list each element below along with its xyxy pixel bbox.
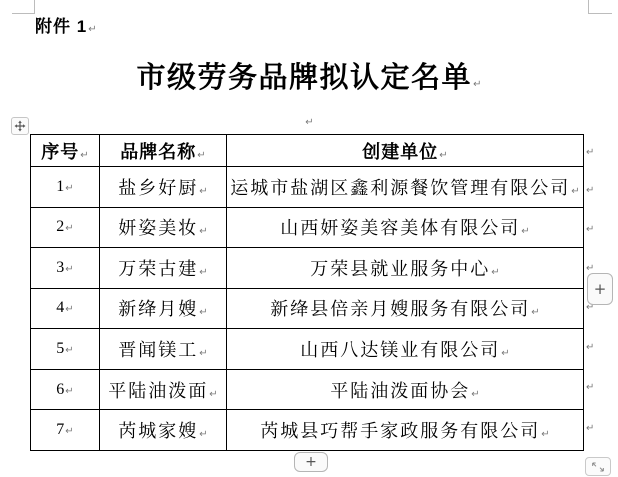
table-row: 7↵ 芮城家嫂↵ 芮城县巧帮手家政服务有限公司↵ [31, 410, 584, 451]
cell-text: 运城市盐湖区鑫利源餐饮管理有限公司 [230, 178, 570, 198]
row-end-mark: ↵ [585, 142, 597, 160]
row-end-mark: ↵ [585, 377, 597, 395]
cell-brand[interactable]: 盐乡好厨↵ [100, 167, 227, 208]
cell-brand[interactable]: 万荣古建↵ [100, 248, 227, 289]
table-row: 5↵ 晋闻镁工↵ 山西八达镁业有限公司↵ [31, 329, 584, 370]
table-row: 6↵ 平陆油泼面↵ 平陆油泼面协会↵ [31, 369, 584, 410]
paragraph-mark: ↵ [65, 304, 73, 315]
table-move-handle[interactable] [11, 117, 29, 135]
cell-text: 盐乡好厨 [118, 178, 198, 198]
row-end-mark: ↵ [585, 219, 597, 237]
cell-no[interactable]: 7↵ [31, 410, 100, 451]
cell-org[interactable]: 山西八达镁业有限公司↵ [227, 329, 584, 370]
cell-text: 万荣古建 [118, 259, 198, 279]
table-header-row: 序号↵ 品牌名称↵ 创建单位↵ [31, 135, 584, 167]
row-end-mark: ↵ [585, 418, 597, 436]
paragraph-mark: ↵ [473, 79, 481, 90]
cell-text: 新绛县倍亲月嫂服务有限公司 [270, 299, 530, 319]
paragraph-mark: ↵ [209, 389, 217, 400]
cell-org[interactable]: 平陆油泼面协会↵ [227, 369, 584, 410]
margin-mark-top-left [12, 13, 35, 14]
cell-text: 5 [56, 340, 64, 357]
header-label: 序号 [41, 142, 79, 162]
cell-text: 4 [56, 299, 64, 316]
cell-org[interactable]: 山西妍姿美容美体有限公司↵ [227, 207, 584, 248]
cell-text: 7 [56, 421, 64, 438]
paragraph-mark: ↵ [586, 423, 594, 434]
title-text: 市级劳务品牌拟认定名单 [137, 62, 473, 94]
cell-text: 平陆油泼面协会 [330, 381, 470, 401]
margin-mark-top-right [588, 13, 612, 14]
cell-no[interactable]: 4↵ [31, 288, 100, 329]
cell-text: 芮城县巧帮手家政服务有限公司 [260, 421, 540, 441]
paragraph-mark: ↵ [531, 307, 539, 318]
cell-brand[interactable]: 平陆油泼面↵ [100, 369, 227, 410]
paragraph-mark: ↵ [541, 429, 549, 440]
row-end-mark: ↵ [585, 180, 597, 198]
paragraph-mark: ↵ [586, 342, 594, 353]
attachment-label: 附件 1 [35, 17, 87, 36]
paragraph-mark: ↵ [65, 223, 73, 234]
cell-text: 芮城家嫂 [118, 421, 198, 441]
cell-brand[interactable]: 芮城家嫂↵ [100, 410, 227, 451]
cell-text: 6 [56, 381, 64, 398]
attachment-heading: 附件 1↵ [35, 12, 97, 37]
brand-table: 序号↵ 品牌名称↵ 创建单位↵ 1↵ 盐乡好厨↵ 运城市盐湖区鑫利源餐饮管理有限… [30, 134, 584, 451]
cell-text: 1 [56, 178, 64, 195]
paragraph-mark: ↵ [521, 226, 529, 237]
paragraph-mark: ↵ [65, 345, 73, 356]
cell-org[interactable]: 万荣县就业服务中心↵ [227, 248, 584, 289]
document-page: 附件 1↵ 市级劳务品牌拟认定名单↵ ↵ 序号↵ 品牌名称↵ 创建单位↵ 1 [0, 0, 618, 477]
paragraph-mark: ↵ [586, 224, 594, 235]
header-label: 创建单位 [362, 142, 438, 162]
move-cross-icon [14, 120, 26, 132]
cell-text: 妍姿美妆 [118, 218, 198, 238]
cell-text: 万荣县就业服务中心 [310, 259, 490, 279]
add-column-button[interactable]: + [587, 273, 613, 305]
plus-icon: + [594, 282, 607, 297]
paragraph-mark: ↵ [571, 186, 579, 197]
paragraph-mark: ↵ [65, 264, 73, 275]
diagonal-resize-icon [590, 461, 606, 473]
paragraph-mark: ↵ [197, 150, 205, 161]
paragraph-mark: ↵ [439, 150, 447, 161]
cell-text: 晋闻镁工 [118, 340, 198, 360]
cell-org[interactable]: 芮城县巧帮手家政服务有限公司↵ [227, 410, 584, 451]
cell-no[interactable]: 5↵ [31, 329, 100, 370]
cell-brand[interactable]: 新绛月嫂↵ [100, 288, 227, 329]
cell-text: 山西八达镁业有限公司 [300, 340, 500, 360]
header-label: 品牌名称 [120, 142, 196, 162]
empty-paragraph: ↵ [0, 112, 618, 130]
paragraph-mark: ↵ [65, 386, 73, 397]
table-row: 4↵ 新绛月嫂↵ 新绛县倍亲月嫂服务有限公司↵ [31, 288, 584, 329]
paragraph-mark: ↵ [199, 307, 207, 318]
cell-no[interactable]: 6↵ [31, 369, 100, 410]
add-row-button[interactable]: + [294, 452, 328, 472]
table-row: 3↵ 万荣古建↵ 万荣县就业服务中心↵ [31, 248, 584, 289]
table-row: 1↵ 盐乡好厨↵ 运城市盐湖区鑫利源餐饮管理有限公司↵ [31, 167, 584, 208]
paragraph-mark: ↵ [471, 389, 479, 400]
paragraph-mark: ↵ [586, 382, 594, 393]
plus-icon: + [305, 455, 317, 469]
cell-org[interactable]: 运城市盐湖区鑫利源餐饮管理有限公司↵ [227, 167, 584, 208]
paragraph-mark: ↵ [199, 226, 207, 237]
paragraph-mark: ↵ [80, 150, 88, 161]
margin-mark-top-right [588, 0, 589, 13]
paragraph-mark: ↵ [305, 117, 313, 128]
cell-org[interactable]: 新绛县倍亲月嫂服务有限公司↵ [227, 288, 584, 329]
page-title: 市级劳务品牌拟认定名单↵ [0, 55, 618, 96]
cell-no[interactable]: 1↵ [31, 167, 100, 208]
paragraph-mark: ↵ [88, 24, 96, 35]
cell-text: 平陆油泼面 [108, 381, 208, 401]
cell-brand[interactable]: 妍姿美妆↵ [100, 207, 227, 248]
paragraph-mark: ↵ [586, 185, 594, 196]
header-cell-org[interactable]: 创建单位↵ [227, 135, 584, 167]
paragraph-mark: ↵ [65, 426, 73, 437]
paragraph-mark: ↵ [199, 348, 207, 359]
paragraph-mark: ↵ [199, 429, 207, 440]
header-cell-brand[interactable]: 品牌名称↵ [100, 135, 227, 167]
paragraph-mark: ↵ [501, 348, 509, 359]
table-resize-handle[interactable] [585, 457, 611, 476]
cell-text: 2 [56, 218, 64, 235]
header-cell-no[interactable]: 序号↵ [31, 135, 100, 167]
paragraph-mark: ↵ [586, 147, 594, 158]
cell-brand[interactable]: 晋闻镁工↵ [100, 329, 227, 370]
paragraph-mark: ↵ [199, 267, 207, 278]
cell-text: 新绛月嫂 [118, 299, 198, 319]
cell-no[interactable]: 3↵ [31, 248, 100, 289]
row-end-mark: ↵ [585, 337, 597, 355]
paragraph-mark: ↵ [491, 267, 499, 278]
paragraph-mark: ↵ [199, 186, 207, 197]
paragraph-mark: ↵ [65, 183, 73, 194]
table-row: 2↵ 妍姿美妆↵ 山西妍姿美容美体有限公司↵ [31, 207, 584, 248]
cell-text: 3 [56, 259, 64, 276]
cell-no[interactable]: 2↵ [31, 207, 100, 248]
cell-text: 山西妍姿美容美体有限公司 [280, 218, 520, 238]
